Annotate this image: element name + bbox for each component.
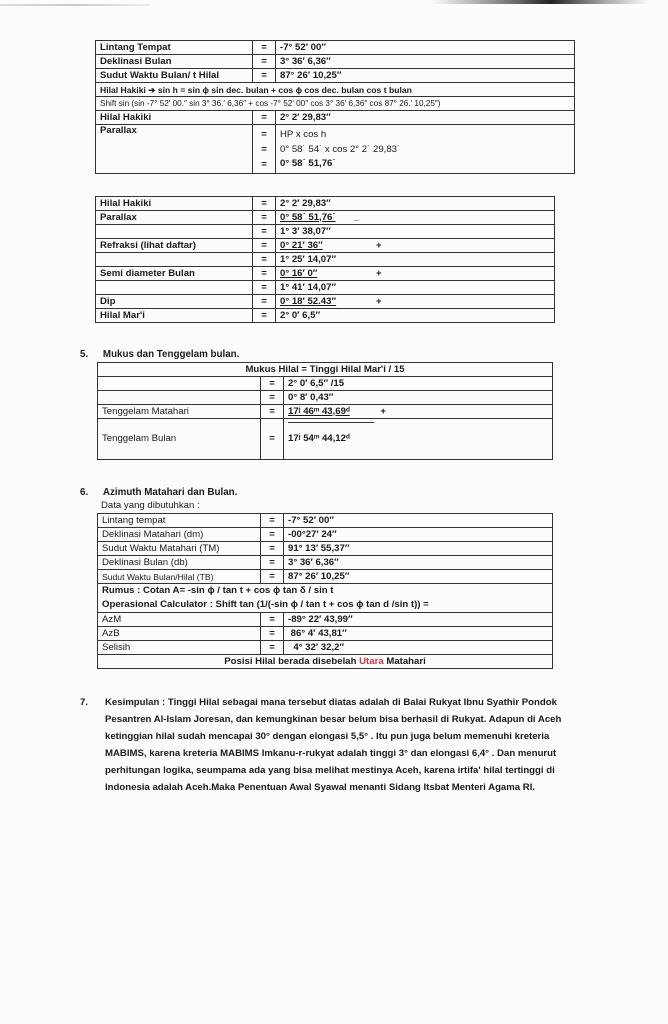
table-row: Sudut Waktu Bulan/ t Hilal = 87° 26′ 10,… [96, 69, 575, 83]
operasional-text: Operasional Calculator : Shift tan (1/(-… [102, 598, 548, 612]
operator: + [376, 268, 382, 279]
parallax-row: Parallax = = = HP x cos h 0° 58˙ 54˙ x c… [96, 125, 575, 174]
scan-artifact [0, 4, 150, 6]
row-value: 87° 26′ 10,25″ [284, 570, 553, 584]
conclusion-line: Indonesia adalah Aceh.Maka Penentuan Awa… [105, 779, 600, 796]
plus-operator: + [380, 406, 386, 417]
row-value: -7° 52′ 00″ [284, 514, 553, 528]
row-label: Parallax [96, 125, 253, 174]
row-value: 2° 2′ 29,83″ [276, 197, 555, 211]
row-label: Lintang Tempat [96, 41, 253, 55]
value-text: 1° 25′ 14,07″ [280, 254, 336, 265]
table-row: Deklinasi Bulan = 3° 36′ 6,36″ [96, 55, 575, 69]
table-row: Deklinasi Matahari (dm)=-00°27′ 24″ [98, 528, 553, 542]
table-row: Tenggelam Matahari = 17ʲ 46ᵐ 43,69ᵈ + [98, 405, 553, 419]
formula-row: Rumus : Cotan A= -sin ϕ / tan t + cos ϕ … [98, 584, 553, 613]
table-row: =1° 25′ 14,07″ [96, 253, 555, 267]
position-direction: Utara [359, 656, 384, 667]
shift-row: Shift sin (sin -7° 52′ 00.″ sin 3° 36.′ … [96, 97, 575, 111]
row-value: HP x cos h 0° 58˙ 54˙ x cos 2° 2˙ 29,83˙… [276, 125, 575, 174]
value-text: 0° 58˙ 51,76˙ [280, 212, 348, 224]
table-row: Selisih= 4° 32′ 32,2″ [98, 641, 553, 655]
hilal-hakiki-table: Lintang Tempat = -7° 52′ 00″ Deklinasi B… [95, 40, 575, 174]
row-value: 3° 36′ 6,36″ [276, 55, 575, 69]
formula-text: Hilal Hakiki ➔ sin h = sin ϕ sin dec. bu… [96, 83, 575, 97]
table-row: Sudut Waktu Matahari (TM)=91° 13′ 55,37″ [98, 542, 553, 556]
row-label [98, 391, 261, 405]
row-eq: = [253, 211, 276, 225]
parallax-line: 0° 58˙ 51,76˙ [280, 157, 570, 171]
operator: + [376, 240, 382, 251]
azimuth-table: Lintang tempat=-7° 52′ 00″Deklinasi Mata… [97, 513, 553, 669]
row-eq: = [261, 405, 284, 419]
row-eq: = [261, 641, 284, 655]
row-value: 4° 32′ 32,2″ [284, 641, 553, 655]
table-row: Semi diameter Bulan=0° 16′ 0″+ [96, 267, 555, 281]
row-value: 86° 4′ 43,81″ [284, 627, 553, 641]
row-value: 87° 26′ 10,25″ [276, 69, 575, 83]
conclusion-line: ketinggian hilal sudah mencapai 30° deng… [105, 728, 600, 745]
row-eq: = [261, 627, 284, 641]
position-prefix: Posisi Hilal berada disebelah [224, 656, 359, 667]
row-value: 2° 2′ 29,83″ [276, 111, 575, 125]
table-row: AzM=-89° 22′ 43,99″ [98, 613, 553, 627]
row-value: 0° 18′ 52.43″+ [276, 295, 555, 309]
section-subtitle: Data yang dibutuhkan : [101, 500, 200, 511]
formula-row: Hilal Hakiki ➔ sin h = sin ϕ sin dec. bu… [96, 83, 575, 97]
table-row: =1° 41′ 14,07″ [96, 281, 555, 295]
row-label: AzM [98, 613, 261, 627]
row-eq: = [253, 267, 276, 281]
position-text: Posisi Hilal berada disebelah Utara Mata… [98, 655, 553, 669]
position-suffix: Matahari [384, 656, 426, 667]
row-eq: = [253, 253, 276, 267]
row-value: -89° 22′ 43,99″ [284, 613, 553, 627]
scan-artifact [430, 0, 650, 4]
operator: + [376, 296, 382, 307]
row-label: Semi diameter Bulan [96, 267, 253, 281]
row-value: -7° 52′ 00″ [276, 41, 575, 55]
row-label: Tenggelam Matahari [98, 405, 261, 419]
row-label: Deklinasi Bulan (db) [98, 556, 261, 570]
row-value: 0° 58˙ 51,76˙_ [276, 211, 555, 225]
row-value: 17ʲ 46ᵐ 43,69ᵈ + [284, 405, 553, 419]
row-value: 0° 8′ 0,43″ [284, 391, 553, 405]
row-value: 2° 0′ 6,5″ [276, 309, 555, 323]
row-label: Lintang tempat [98, 514, 261, 528]
section-title: Mukus dan Tenggelam bulan. [103, 349, 239, 360]
mukus-table: Mukus Hilal = Tinggi Hilal Mar'i / 15 = … [97, 362, 553, 460]
row-value: -00°27′ 24″ [284, 528, 553, 542]
table-row: = 0° 8′ 0,43″ [98, 391, 553, 405]
row-value: 1° 41′ 14,07″ [276, 281, 555, 295]
conclusion-paragraph: 7. Kesimpulan : Tinggi Hilal sebagai man… [80, 694, 600, 796]
row-eq: = [253, 239, 276, 253]
row-value: 91° 13′ 55,37″ [284, 542, 553, 556]
conclusion-row: Posisi Hilal berada disebelah Utara Mata… [98, 655, 553, 669]
conclusion-line: perhitungan logika, seumpama ada yang bi… [105, 762, 600, 779]
row-value: 1° 3′ 38,07″ [276, 225, 555, 239]
row-label: Hilal Hakiki [96, 197, 253, 211]
value-text: 17ʲ 54ᵐ 44,12ᵈ [288, 433, 350, 444]
value-text: 0° 21′ 36″ [280, 240, 348, 252]
row-eq: = [261, 570, 284, 584]
section-number: 6. [80, 487, 88, 498]
table-row: =1° 3′ 38,07″ [96, 225, 555, 239]
row-eq: = [253, 41, 276, 55]
row-label: Sudut Waktu Bulan/ t Hilal [96, 69, 253, 83]
table-row: Dip=0° 18′ 52.43″+ [96, 295, 555, 309]
value-text: 2° 2′ 29,83″ [280, 198, 331, 209]
table-row: AzB= 86° 4′ 43,81″ [98, 627, 553, 641]
table-row: Hilal Hakiki = 2° 2′ 29,83″ [96, 111, 575, 125]
eq-sign: = [253, 127, 275, 142]
row-eq: = [261, 528, 284, 542]
value-text: 0° 18′ 52.43″ [280, 296, 348, 308]
parallax-line: 0° 58˙ 54˙ x cos 2° 2˙ 29,83˙ [280, 143, 570, 157]
hilal-mari-table: Hilal Hakiki=2° 2′ 29,83″Parallax=0° 58˙… [95, 196, 555, 323]
row-label [96, 281, 253, 295]
row-eq: = [253, 281, 276, 295]
row-eq: = [261, 514, 284, 528]
table-row: Sudut Waktu Bulan/Hilal (TB)=87° 26′ 10,… [98, 570, 553, 584]
row-label: AzB [98, 627, 261, 641]
row-label: Deklinasi Matahari (dm) [98, 528, 261, 542]
table-row: Hilal Mar'i=2° 0′ 6,5″ [96, 309, 555, 323]
row-label [96, 225, 253, 239]
rumus-text: Rumus : Cotan A= -sin ϕ / tan t + cos ϕ … [102, 584, 548, 598]
row-label: Dip [96, 295, 253, 309]
row-value: 2° 0′ 6,5″ /15 [284, 377, 553, 391]
row-value: 0° 21′ 36″+ [276, 239, 555, 253]
row-eq: = [261, 542, 284, 556]
row-value: 17ʲ 54ᵐ 44,12ᵈ [284, 419, 553, 460]
row-label [98, 377, 261, 391]
row-eq: = [261, 391, 284, 405]
section-title: Azimuth Matahari dan Bulan. [103, 487, 237, 498]
row-label: Deklinasi Bulan [96, 55, 253, 69]
table-row: Deklinasi Bulan (db)=3° 36′ 6,36″ [98, 556, 553, 570]
row-label: Sudut Waktu Matahari (TM) [98, 542, 261, 556]
section-number: 5. [80, 349, 88, 360]
conclusion-line: Pesantren Al-Islam Joresan, dan kemungki… [105, 711, 600, 728]
section-6-heading: 6. Azimuth Matahari dan Bulan. [80, 487, 237, 498]
row-eq: = = = [253, 125, 276, 174]
row-eq: = [261, 377, 284, 391]
table-row: Hilal Hakiki=2° 2′ 29,83″ [96, 197, 555, 211]
eq-sign: = [253, 157, 275, 172]
row-eq: = [261, 613, 284, 627]
row-label: Hilal Hakiki [96, 111, 253, 125]
table-row: Refraksi (lihat daftar)=0° 21′ 36″+ [96, 239, 555, 253]
row-eq: = [261, 556, 284, 570]
row-eq: = [253, 197, 276, 211]
row-eq: = [253, 295, 276, 309]
conclusion-line: MABIMS, karena kreteria MABIMS Imkanu-r-… [105, 745, 600, 762]
section-number: 7. [80, 694, 88, 711]
eq-sign: = [253, 142, 275, 157]
row-eq: = [253, 69, 276, 83]
table-row: Tenggelam Bulan = 17ʲ 54ᵐ 44,12ᵈ [98, 419, 553, 460]
table-row: Parallax=0° 58˙ 51,76˙_ [96, 211, 555, 225]
shift-text: Shift sin (sin -7° 52′ 00.″ sin 3° 36.′ … [96, 97, 575, 111]
conclusion-body: Kesimpulan : Tinggi Hilal sebagai mana t… [105, 694, 600, 796]
row-eq: = [253, 309, 276, 323]
row-label: Tenggelam Bulan [98, 419, 261, 460]
operator: _ [354, 212, 359, 223]
header-row: Mukus Hilal = Tinggi Hilal Mar'i / 15 [98, 363, 553, 377]
row-value: 1° 25′ 14,07″ [276, 253, 555, 267]
formula-cell: Rumus : Cotan A= -sin ϕ / tan t + cos ϕ … [98, 584, 553, 613]
row-eq: = [261, 419, 284, 460]
row-label: Refraksi (lihat daftar) [96, 239, 253, 253]
value-text: 1° 41′ 14,07″ [280, 282, 336, 293]
conclusion-line: Kesimpulan : Tinggi Hilal sebagai mana t… [105, 694, 600, 711]
value-text: 17ʲ 46ᵐ 43,69ᵈ [288, 406, 350, 417]
mukus-formula: Mukus Hilal = Tinggi Hilal Mar'i / 15 [98, 363, 553, 377]
row-label [96, 253, 253, 267]
value-text: 2° 0′ 6,5″ [280, 310, 320, 321]
row-label: Hilal Mar'i [96, 309, 253, 323]
row-eq: = [253, 225, 276, 239]
row-value: 3° 36′ 6,36″ [284, 556, 553, 570]
row-label: Sudut Waktu Bulan/Hilal (TB) [98, 570, 261, 584]
section-5-heading: 5. Mukus dan Tenggelam bulan. [80, 349, 239, 360]
row-eq: = [253, 111, 276, 125]
row-label: Parallax [96, 211, 253, 225]
table-row: Lintang Tempat = -7° 52′ 00″ [96, 41, 575, 55]
table-row: = 2° 0′ 6,5″ /15 [98, 377, 553, 391]
value-text: 1° 3′ 38,07″ [280, 226, 331, 237]
row-label: Selisih [98, 641, 261, 655]
parallax-line: HP x cos h [280, 127, 570, 143]
value-text: 0° 16′ 0″ [280, 268, 348, 280]
row-value: 0° 16′ 0″+ [276, 267, 555, 281]
row-eq: = [253, 55, 276, 69]
sum-line [288, 422, 374, 423]
table-row: Lintang tempat=-7° 52′ 00″ [98, 514, 553, 528]
